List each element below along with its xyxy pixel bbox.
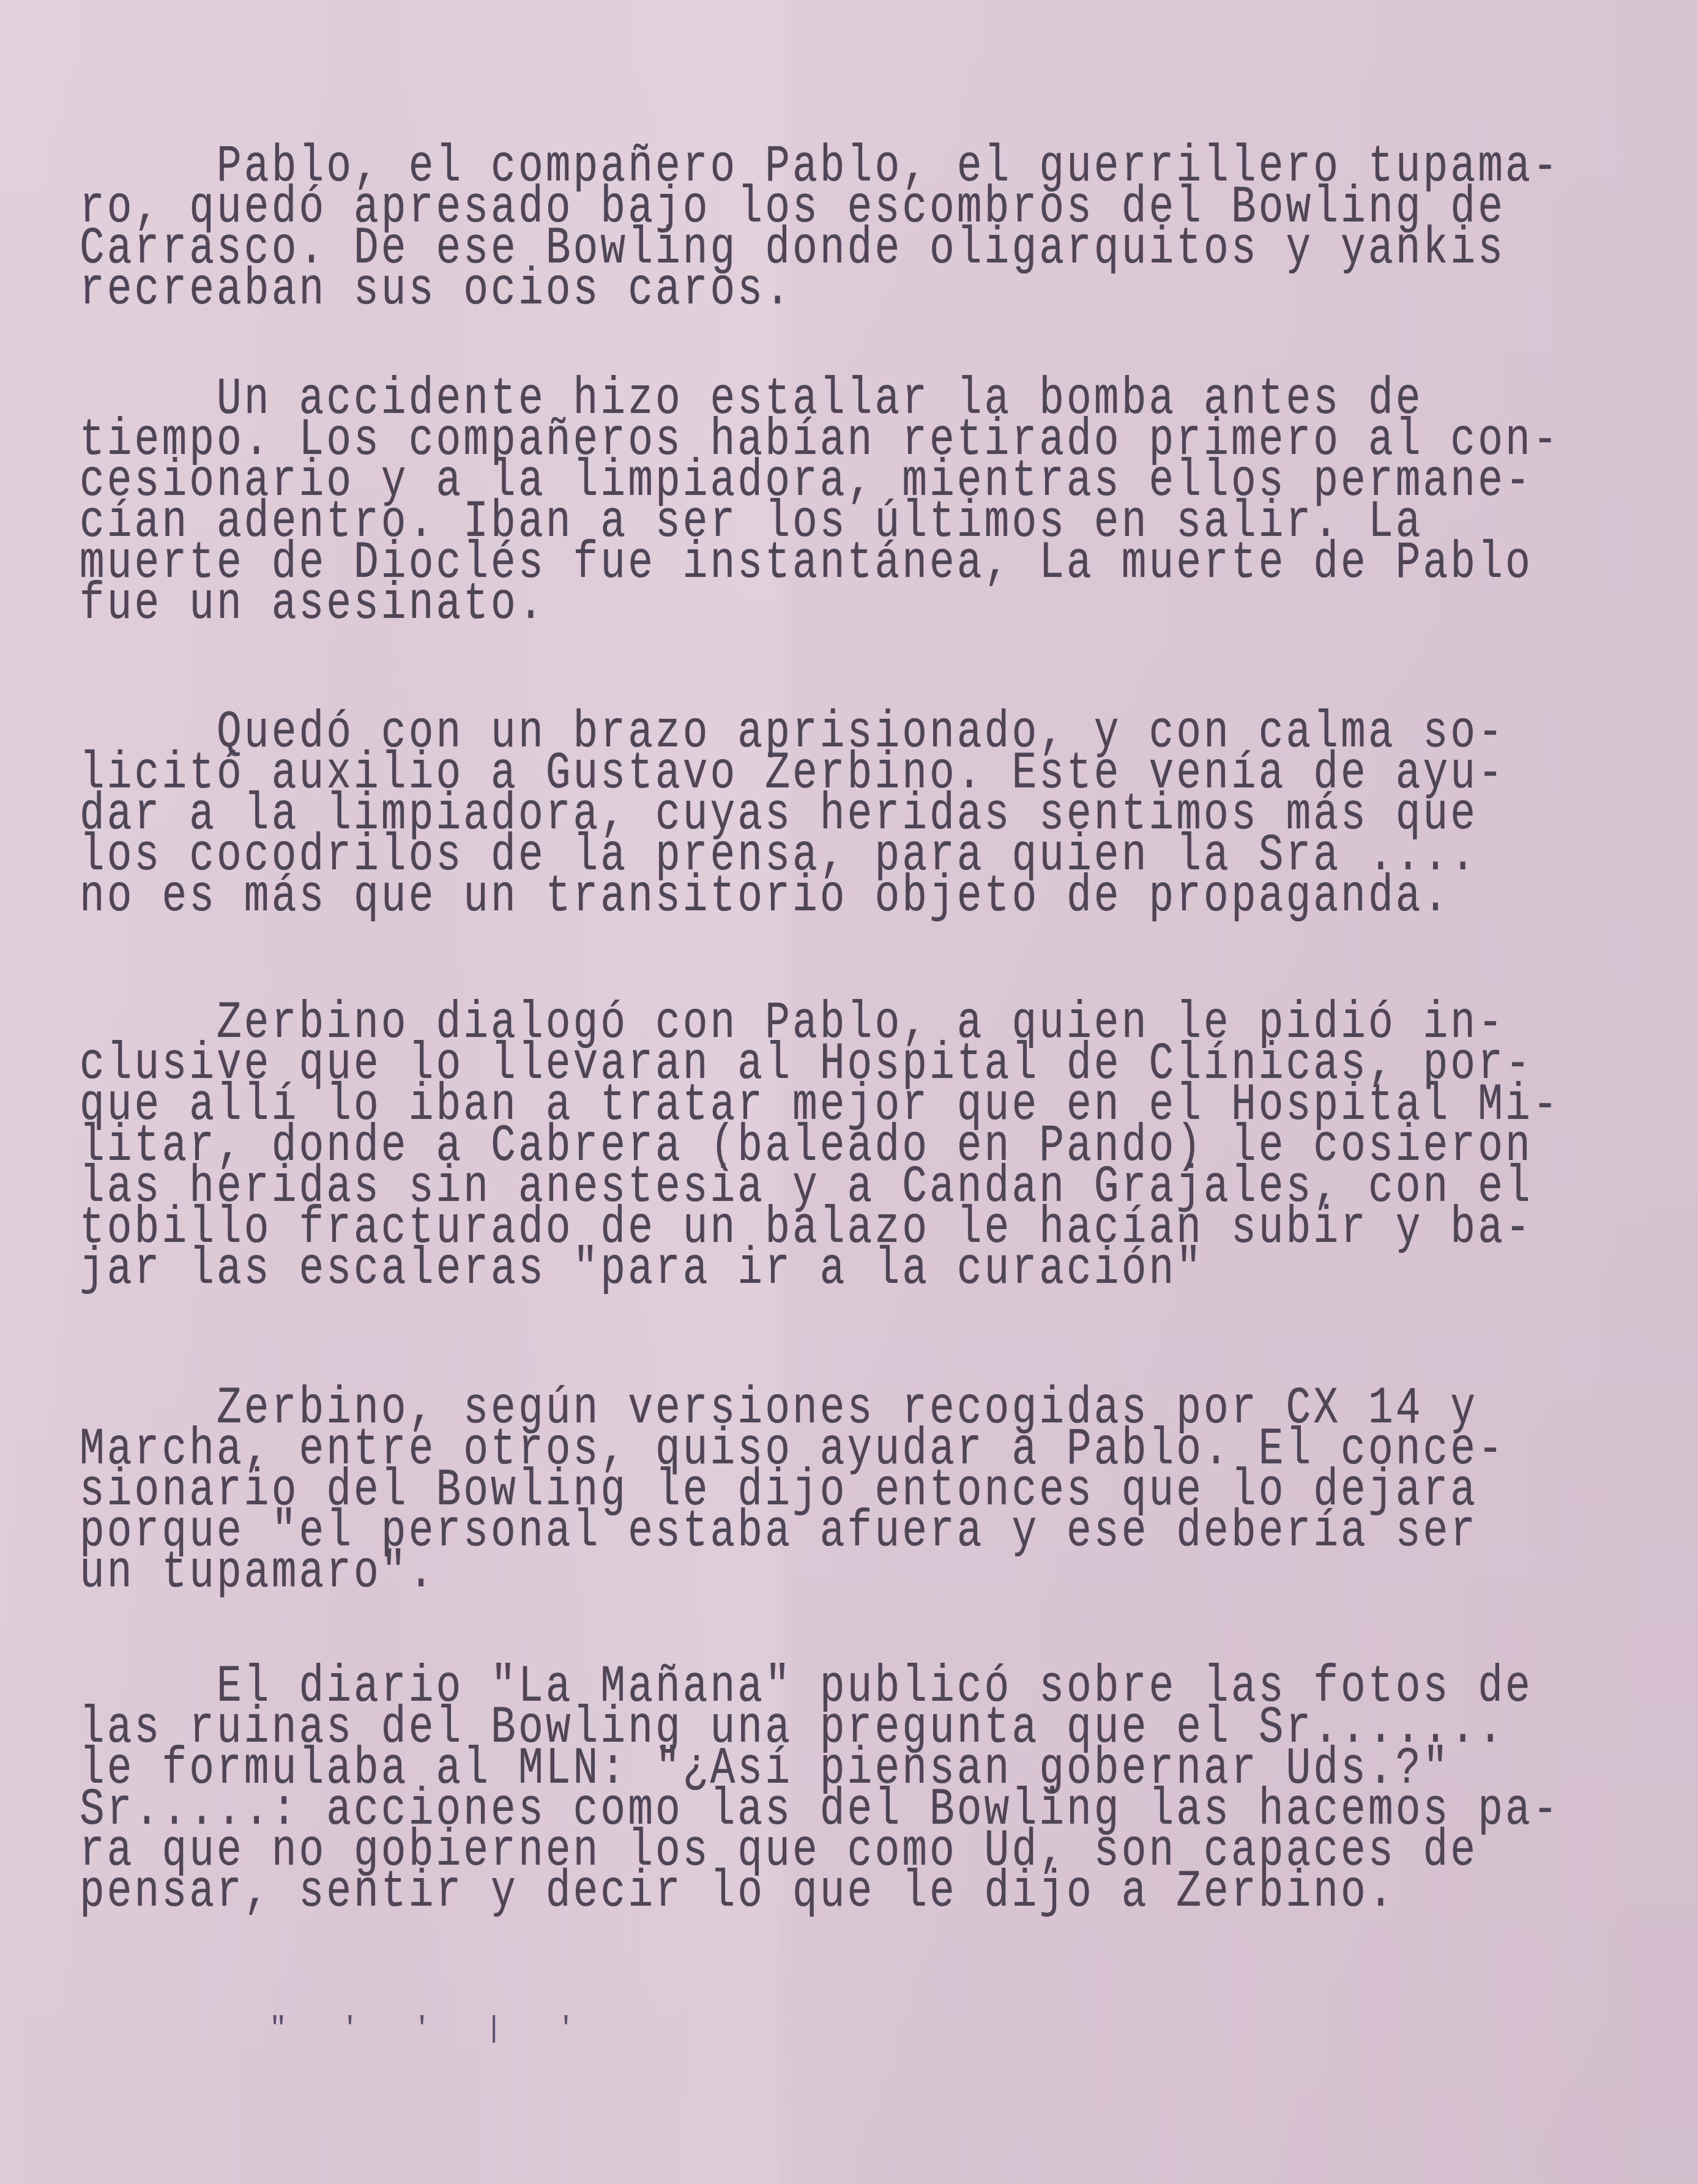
paragraph-1: Pablo, el compañero Pablo, el guerriller…	[80, 147, 1683, 311]
text-line: no es más que un transitorio objeto de p…	[80, 872, 1683, 923]
text-line: jar las escaleras "para ir a la curación…	[80, 1244, 1683, 1296]
text-line: un tupamaro".	[80, 1548, 1683, 1599]
paragraph-3: Quedó con un brazo aprisionado, y con ca…	[80, 713, 1683, 918]
footer-marks: " ' ' | '	[269, 2013, 593, 2046]
typewritten-page: Pablo, el compañero Pablo, el guerriller…	[0, 0, 1698, 2184]
text-line: fue un asesinato.	[80, 579, 1683, 631]
paragraph-6: El diario "La Mañana" publicó sobre las …	[80, 1667, 1683, 1913]
paragraph-5: Zerbino, según versiones recogidas por C…	[80, 1389, 1683, 1594]
paragraph-4: Zerbino dialogó con Pablo, a quien le pi…	[80, 1003, 1683, 1290]
paragraph-2: Un accidente hizo estallar la bomba ante…	[80, 379, 1683, 625]
text-line: pensar, sentir y decir lo que le dijo a …	[80, 1867, 1683, 1918]
text-line: recreaban sus ocios caros.	[80, 265, 1683, 316]
